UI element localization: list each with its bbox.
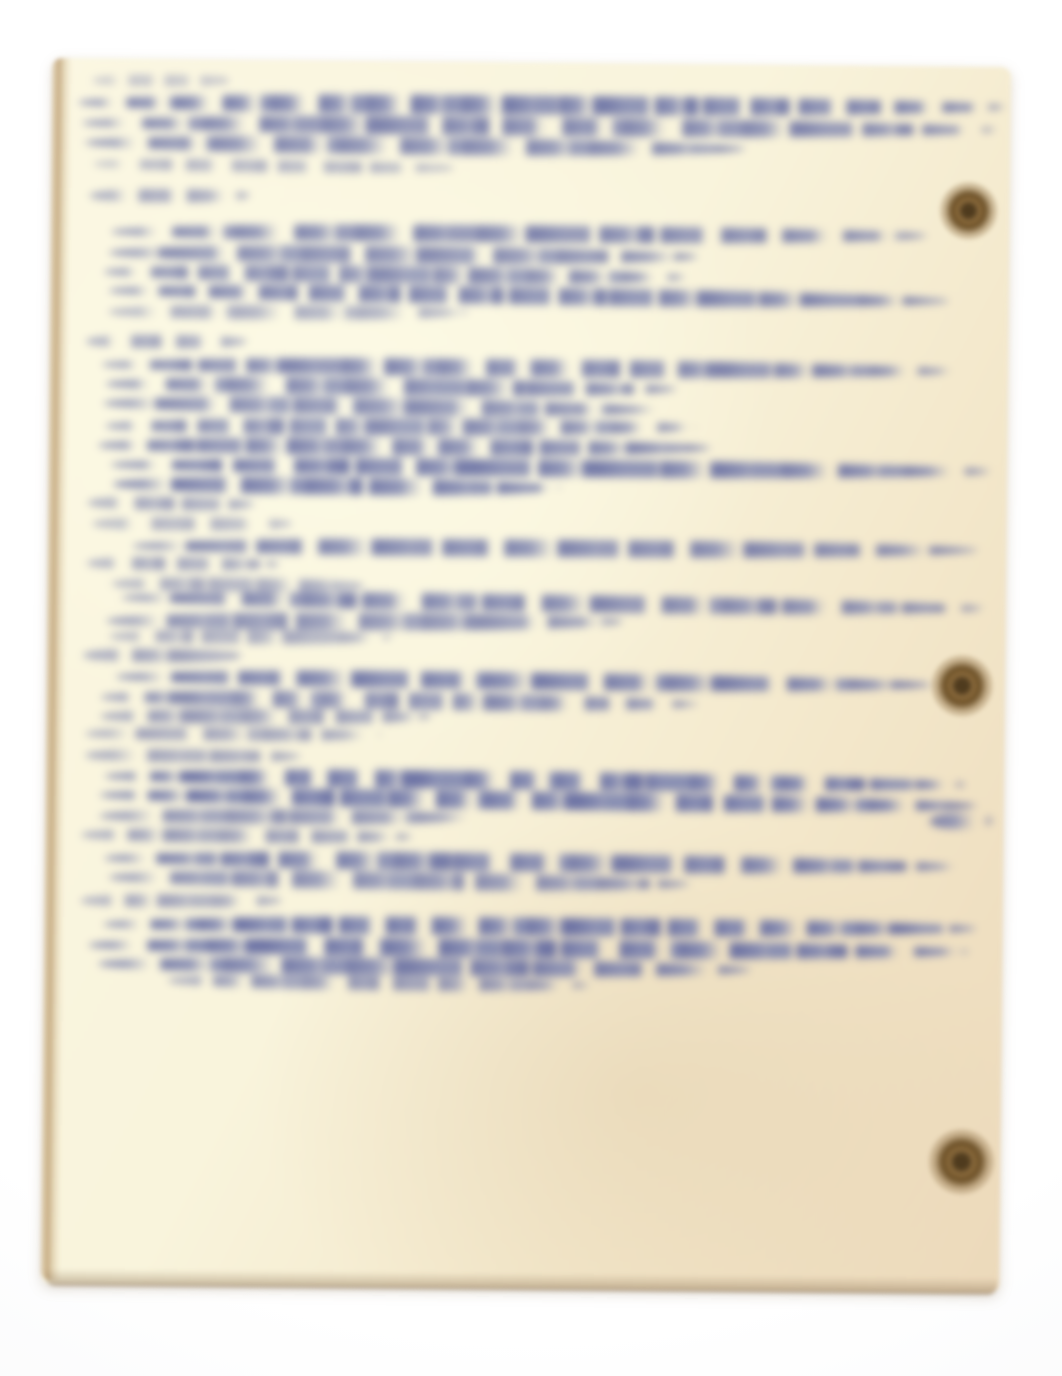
handwriting-line	[87, 556, 279, 571]
handwriting-line	[83, 648, 241, 663]
handwriting-line	[85, 134, 745, 159]
handwriting-line	[81, 894, 283, 908]
scanned-page-photo	[0, 0, 1062, 1376]
handwriting-line	[930, 814, 992, 829]
hole-punch	[928, 1128, 995, 1195]
handwriting-line	[104, 394, 654, 419]
handwriting-line	[109, 629, 391, 645]
hole-punch	[931, 654, 994, 717]
handwriting-line	[111, 223, 926, 246]
handwriting-line	[88, 496, 256, 511]
handwriting-line	[93, 517, 293, 531]
handwriting-line	[104, 915, 976, 939]
handwriting-line	[104, 263, 684, 287]
hole-punch	[939, 182, 998, 241]
notebook-paper	[41, 58, 1011, 1293]
handwriting-line	[98, 436, 710, 457]
handwriting-line	[81, 827, 411, 844]
handwriting-line	[85, 748, 300, 763]
handwriting-line	[112, 576, 364, 593]
handwriting-line	[107, 612, 623, 631]
handwriting-line	[101, 708, 431, 725]
handwriting-line	[109, 304, 469, 320]
handwriting-layer	[41, 58, 1011, 1293]
handwriting-line	[79, 92, 1004, 118]
handwriting-line	[85, 727, 381, 742]
handwriting-line	[100, 808, 472, 826]
handwriting-line	[105, 417, 695, 437]
handwriting-line	[109, 244, 697, 267]
handwriting-line	[93, 75, 233, 87]
handwriting-line	[86, 335, 246, 349]
handwriting-line	[90, 189, 250, 203]
handwriting-line	[94, 158, 454, 175]
handwriting-line	[106, 375, 676, 399]
handwriting-line	[113, 475, 561, 497]
handwriting-line	[132, 537, 977, 560]
